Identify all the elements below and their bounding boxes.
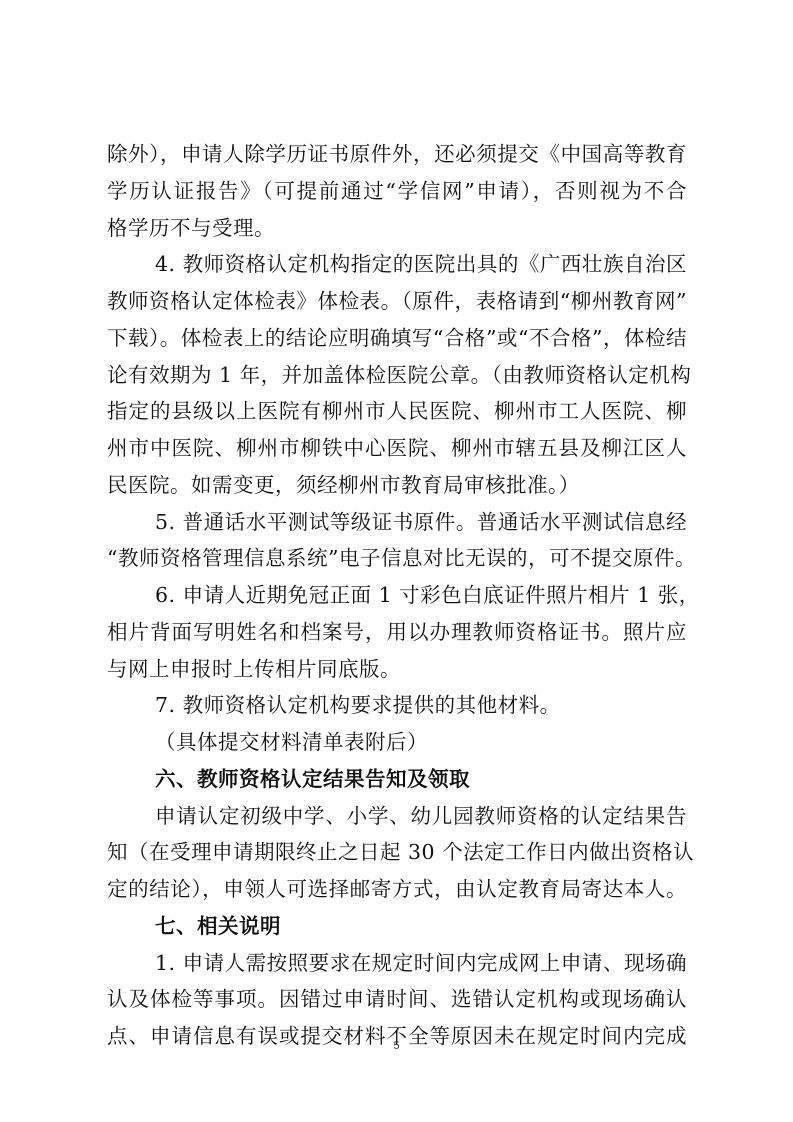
item-7-line-1: 7. 教师资格认定机构要求提供的其他材料。: [107, 687, 687, 724]
section-6-line-2: 知（在受理申请期限终止之日起 30 个法定工作日内做出资格认: [107, 834, 687, 871]
item-4-line-7: 民医院。如需变更，须经柳州市教育局审核批准。）: [107, 467, 687, 504]
item-6-line-3: 与网上申报时上传相片同底版。: [107, 651, 687, 688]
section-7-item-1-line-1: 1. 申请人需按照要求在规定时间内完成网上申请、现场确: [107, 945, 687, 982]
item-4-line-6: 州市中医院、柳州市柳铁中心医院、柳州市辖五县及柳江区人: [107, 430, 687, 467]
item-6-line-2: 相片背面写明姓名和档案号，用以办理教师资格证书。照片应: [107, 614, 687, 651]
item-4-line-1: 4. 教师资格认定机构指定的医院出具的《广西壮族自治区: [107, 246, 687, 283]
item-4-line-2: 教师资格认定体检表》体检表。（原件，表格请到“柳州教育网”: [107, 283, 687, 320]
text-line-2: 学历认证报告》（可提前通过“学信网”申请），否则视为不合: [107, 173, 687, 210]
item-5-line-1: 5. 普通话水平测试等级证书原件。普通话水平测试信息经: [107, 504, 687, 541]
item-6-line-1: 6. 申请人近期免冠正面 1 寸彩色白底证件照片相片 1 张，: [107, 577, 687, 614]
section-heading-7: 七、相关说明: [107, 908, 687, 945]
item-4-line-4: 论有效期为 1 年，并加盖体检医院公章。（由教师资格认定机构: [107, 357, 687, 394]
text-line-1: 除外），申请人除学历证书原件外，还必须提交《中国高等教育: [107, 136, 687, 173]
item-4-line-5: 指定的县级以上医院有柳州市人民医院、柳州市工人医院、柳: [107, 393, 687, 430]
section-7-item-1-line-2: 认及体检等事项。因错过申请时间、选错认定机构或现场确认: [107, 981, 687, 1018]
item-4-line-3: 下载）。体检表上的结论应明确填写“合格”或“不合格”，体检结: [107, 320, 687, 357]
item-5-line-2: “教师资格管理信息系统”电子信息对比无误的，可不提交原件。: [107, 540, 687, 577]
page-number: 5: [0, 1040, 793, 1052]
section-6-line-3: 定的结论），申领人可选择邮寄方式，由认定教育局寄达本人。: [107, 871, 687, 908]
section-6-line-1: 申请认定初级中学、小学、幼儿园教师资格的认定结果告: [107, 798, 687, 835]
section-heading-6: 六、教师资格认定结果告知及领取: [107, 761, 687, 798]
document-page-body: 除外），申请人除学历证书原件外，还必须提交《中国高等教育 学历认证报告》（可提前…: [107, 136, 687, 1055]
text-line-3: 格学历不与受理。: [107, 210, 687, 247]
materials-note: （具体提交材料清单表附后）: [107, 724, 687, 761]
